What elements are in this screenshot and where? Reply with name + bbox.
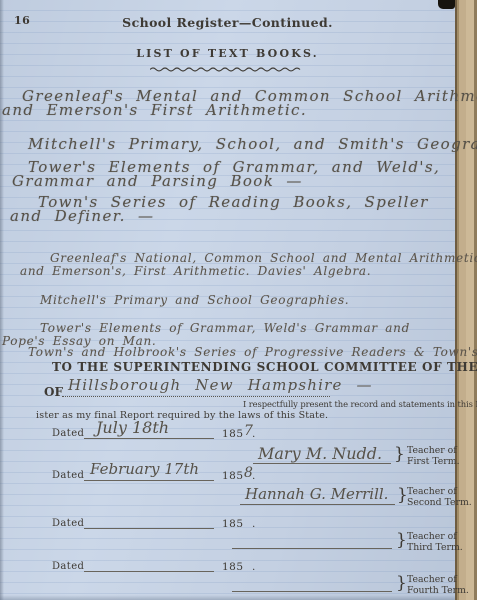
year-period: .	[252, 428, 256, 440]
teacher-of-text: Teacher of	[407, 446, 460, 457]
year-printed: 185	[222, 518, 244, 530]
year-printed: 185	[222, 561, 244, 573]
year-printed: 185	[222, 470, 244, 482]
brace-glyph: }	[396, 573, 407, 593]
date-fill-line	[84, 514, 214, 529]
handwritten-book-entry: and Definer. —	[10, 207, 154, 225]
wavy-rule	[150, 66, 306, 73]
handwritten-book-entry: and Emerson's, First Arithmetic. Davies'…	[20, 264, 371, 278]
term-text: Third Term.	[407, 543, 463, 554]
dated-label: Dated	[52, 428, 84, 439]
scanned-register-page: 16 School Register—Continued. LIST OF TE…	[0, 0, 477, 600]
handwritten-book-entry: Town's and Holbrook's Series of Progress…	[28, 345, 477, 359]
ink-corner-mark	[438, 0, 455, 9]
handwritten-book-entry: Tower's Elements of Grammar, Weld's Gram…	[40, 321, 410, 335]
dated-label: Dated	[52, 470, 84, 481]
dated-label: Dated	[52, 561, 84, 572]
handwritten-signature: Hannah G. Merrill.	[245, 485, 388, 503]
teacher-of-text: Teacher of	[407, 487, 472, 498]
page-bottom-edge-shadow	[0, 595, 455, 600]
handwritten-book-entry: Grammar and Parsing Book —	[12, 172, 303, 190]
section-title: LIST OF TEXT BOOKS.	[0, 47, 455, 60]
handwritten-signature: Mary M. Nudd.	[258, 444, 382, 463]
committee-heading: TO THE SUPERINTENDING SCHOOL COMMITTEE O…	[52, 360, 477, 374]
handwritten-date: February 17th	[90, 460, 199, 478]
teacher-term-label: Teacher of Fourth Term.	[407, 575, 469, 596]
handwritten-date: July 18th	[96, 418, 169, 437]
handwritten-town: Hillsborough New Hampshire —	[68, 376, 373, 394]
signature-line	[232, 546, 392, 549]
handwritten-book-entry: Mitchell's Primary and School Geographie…	[40, 293, 349, 307]
handwritten-book-entry: Greenleaf's National, Common School and …	[50, 251, 477, 265]
teacher-of-text: Teacher of	[407, 575, 469, 586]
handwritten-book-entry: and Emerson's First Arithmetic.	[2, 101, 307, 119]
year-period: .	[252, 561, 256, 573]
brace-glyph: }	[394, 444, 405, 464]
handwritten-book-entry: Mitchell's Primary, School, and Smith's …	[28, 135, 477, 153]
year-period: .	[252, 518, 256, 530]
date-fill-line	[84, 557, 214, 572]
of-label: OF	[44, 385, 63, 399]
teacher-term-label: Teacher of Second Term.	[407, 487, 472, 508]
year-printed: 185	[222, 428, 244, 440]
term-text: Second Term.	[407, 498, 472, 509]
page-left-edge-shadow	[0, 0, 4, 600]
term-text: First Term.	[407, 457, 460, 468]
page-title: School Register—Continued.	[0, 15, 455, 30]
year-period: .	[252, 470, 256, 482]
statement-line-2: ister as my final Report required by the…	[36, 410, 328, 421]
dated-label: Dated	[52, 518, 84, 529]
signature-line	[232, 589, 392, 592]
teacher-term-label: Teacher of First Term.	[407, 446, 460, 467]
brace-glyph: }	[396, 530, 407, 550]
teacher-term-label: Teacher of Third Term.	[407, 532, 463, 553]
teacher-of-text: Teacher of	[407, 532, 463, 543]
statement-line-1: I respectfully present the record and st…	[243, 399, 477, 409]
